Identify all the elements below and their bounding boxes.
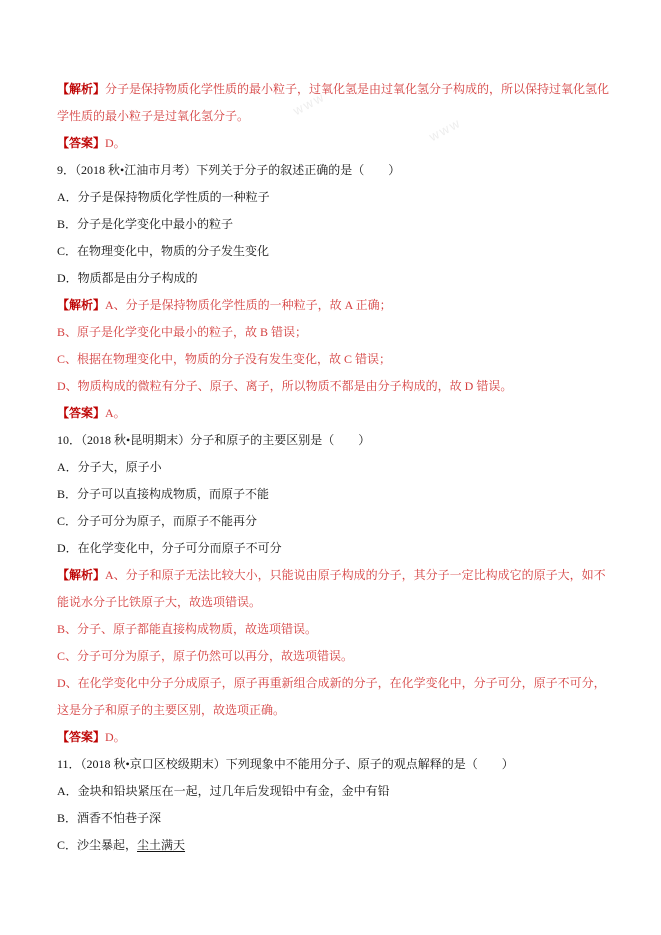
question-paragraph: 11．（2018 秋•京口区校级期末）下列现象中不能用分子、原子的观点解释的是（… [57, 751, 611, 778]
analysis-line-paragraph: D、在化学变化中分子分成原子，原子再重新组合成新的分子，在化学变化中，分子可分，… [57, 670, 611, 724]
option-paragraph: A．分子大，原子小 [57, 454, 611, 481]
option-paragraph: B．分子可以直接构成物质，而原子不能 [57, 481, 611, 508]
question-paragraph: 9．（2018 秋•江油市月考）下列关于分子的叙述正确的是（ ） [57, 157, 611, 184]
analysis-line-paragraph: C、分子可分为原子，原子仍然可以再分，故选项错误。 [57, 643, 611, 670]
analysis-label: 【解析】 [57, 298, 105, 312]
answer-paragraph: 【答案】D。 [57, 724, 611, 751]
option-paragraph: C．分子可分为原子，而原子不能再分 [57, 508, 611, 535]
answer-label: 【答案】 [57, 406, 105, 420]
analysis-line-paragraph: D、物质构成的微粒有分子、原子、离子，所以物质不都是由分子构成的，故 D 错误。 [57, 373, 611, 400]
answer-paragraph: 【答案】A。 [57, 400, 611, 427]
option-paragraph: A．金块和铅块紧压在一起，过几年后发现铅中有金，金中有铅 [57, 778, 611, 805]
analysis-line-paragraph: B、原子是化学变化中最小的粒子，故 B 错误； [57, 319, 611, 346]
answer-label: 【答案】 [57, 730, 105, 744]
analysis-line-paragraph: C、根据在物理变化中，物质的分子没有发生变化，故 C 错误； [57, 346, 611, 373]
analysis-label: 【解析】 [57, 82, 105, 96]
question-paragraph: 10．（2018 秋•昆明期末）分子和原子的主要区别是（ ） [57, 427, 611, 454]
underlined-text: 尘土满天 [137, 838, 185, 852]
answer-paragraph: 【答案】D。 [57, 130, 611, 157]
analysis-label: 【解析】 [57, 568, 105, 582]
option-paragraph: B．酒香不怕巷子深 [57, 805, 611, 832]
analysis-line-paragraph: B、分子、原子都能直接构成物质，故选项错误。 [57, 616, 611, 643]
option-paragraph: D．物质都是由分子构成的 [57, 265, 611, 292]
analysis-paragraph: 【解析】分子是保持物质化学性质的最小粒子，过氧化氢是由过氧化氢分子构成的，所以保… [57, 76, 611, 130]
analysis-paragraph: 【解析】A、分子是保持物质化学性质的一种粒子，故 A 正确； [57, 292, 611, 319]
option-paragraph: C．沙尘暴起，尘土满天 [57, 832, 611, 859]
option-paragraph: A．分子是保持物质化学性质的一种粒子 [57, 184, 611, 211]
option-paragraph: C．在物理变化中，物质的分子发生变化 [57, 238, 611, 265]
option-paragraph: D．在化学变化中，分子可分而原子不可分 [57, 535, 611, 562]
answer-label: 【答案】 [57, 136, 105, 150]
document-page: www www 【解析】分子是保持物质化学性质的最小粒子，过氧化氢是由过氧化氢分… [0, 0, 661, 935]
document-body: 【解析】分子是保持物质化学性质的最小粒子，过氧化氢是由过氧化氢分子构成的，所以保… [0, 0, 661, 859]
option-paragraph: B．分子是化学变化中最小的粒子 [57, 211, 611, 238]
analysis-paragraph: 【解析】A、分子和原子无法比较大小，只能说由原子构成的分子，其分子一定比构成它的… [57, 562, 611, 616]
